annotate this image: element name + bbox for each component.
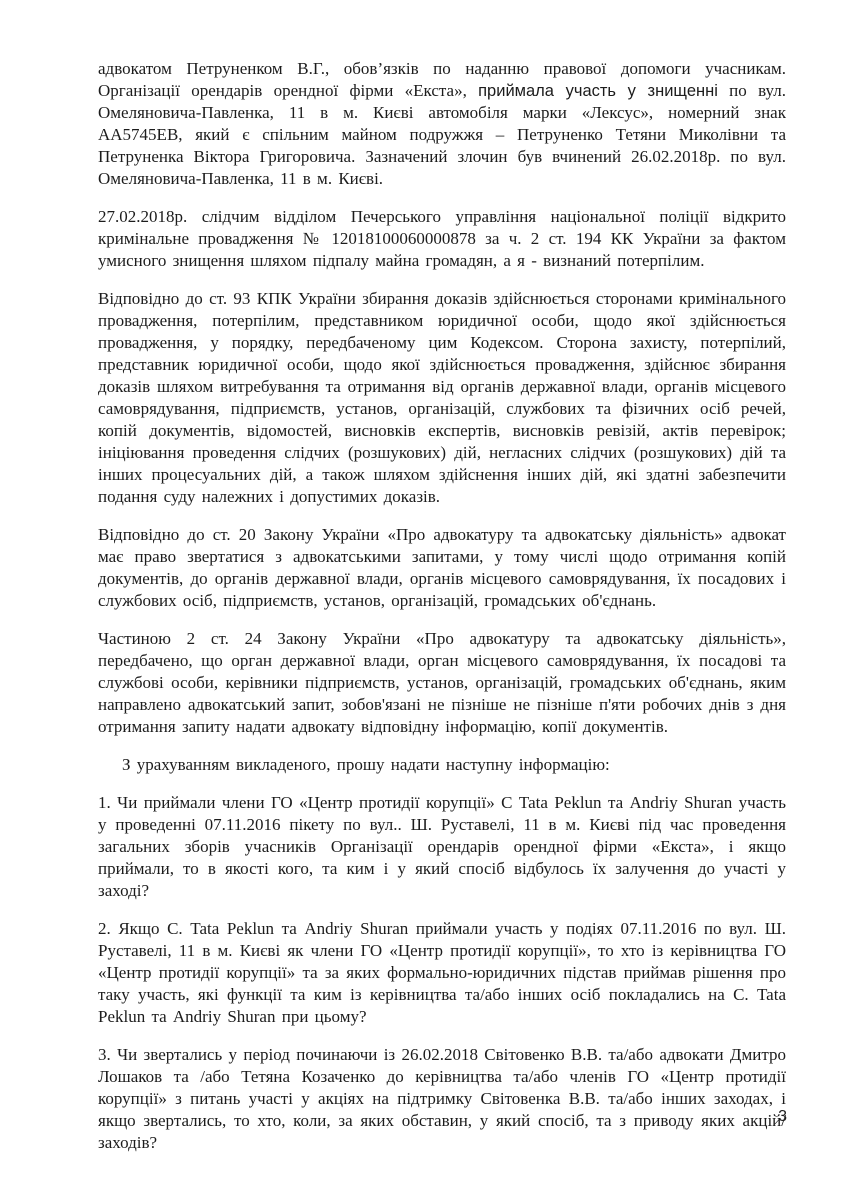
- page-number: 3: [778, 1108, 787, 1126]
- document-page: адвокатом Петруненком В.Г., обов’язків п…: [0, 0, 847, 1200]
- paragraph-5: Частиною 2 ст. 24 Закону України «Про ад…: [98, 628, 786, 738]
- question-item-2: 2. Якщо С. Tata Peklun та Andriy Shuran …: [98, 918, 786, 1028]
- paragraph-2: 27.02.2018р. слідчим відділом Печерськог…: [98, 206, 786, 272]
- paragraph-3: Відповідно до ст. 93 КПК України збиранн…: [98, 288, 786, 508]
- question-item-1: 1. Чи приймали члени ГО «Центр протидії …: [98, 792, 786, 902]
- document-body: адвокатом Петруненком В.Г., обов’язків п…: [98, 58, 786, 1170]
- paragraph-request-intro: З урахуванням викладеного, прошу надати …: [98, 754, 786, 776]
- highlighted-phrase: приймала участь у знищенні: [478, 82, 718, 100]
- question-item-3: 3. Чи звертались у період починаючи із 2…: [98, 1044, 786, 1154]
- paragraph-1: адвокатом Петруненком В.Г., обов’язків п…: [98, 58, 786, 190]
- paragraph-4: Відповідно до ст. 20 Закону України «Про…: [98, 524, 786, 612]
